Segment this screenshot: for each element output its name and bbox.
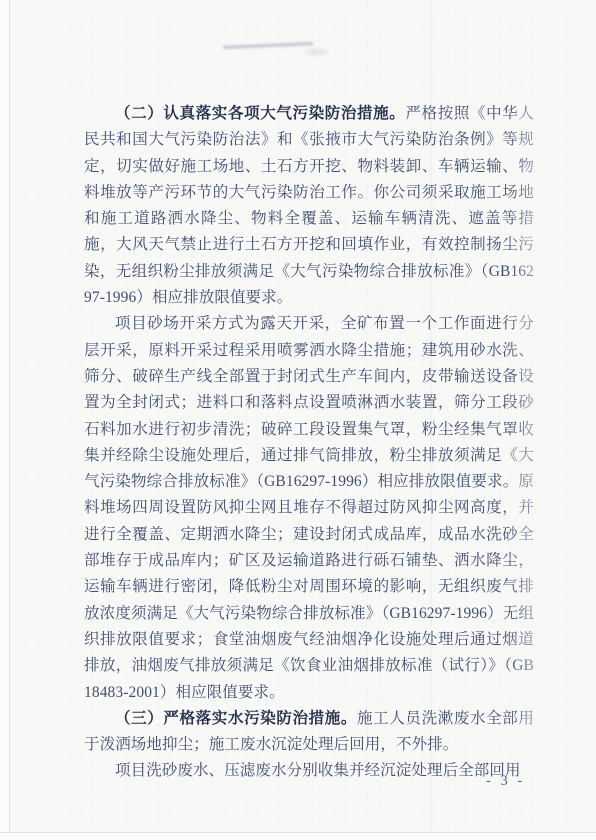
paragraph-text: 项目洗砂废水、压滤废水分别收集并经沉淀处理后全部回用	[115, 762, 521, 779]
paragraph-text: 严格按照《中华人民共和国大气污染防治法》和《张掖市大气污染防治条例》等规定，切实…	[84, 105, 534, 306]
ink-bleed-smudge	[223, 42, 313, 49]
ink-bleed-smudge	[305, 49, 327, 55]
section-heading-3: （三）严格落实水污染防治措施。	[115, 710, 357, 727]
scan-background-bottom	[0, 833, 596, 840]
paragraph-sand-mine-measures: 项目砂场开采方式为露天开采，全矿布置一个工作面进行分层开采，原料开采过程采用喷雾…	[84, 311, 534, 705]
paragraph-air-pollution-measures: （二）认真落实各项大气污染防治措施。严格按照《中华人民共和国大气污染防治法》和《…	[84, 101, 534, 311]
paragraph-water-pollution-measures: （三）严格落实水污染防治措施。施工人员洗漱废水全部用于泼洒场地抑尘；施工废水沉淀…	[84, 706, 534, 759]
paragraph-text: 项目砂场开采方式为露天开采，全矿布置一个工作面进行分层开采，原料开采过程采用喷雾…	[84, 315, 534, 700]
page-edge-left	[9, 0, 10, 832]
page-number: - 3 -	[486, 773, 525, 790]
document-body: （二）认真落实各项大气污染防治措施。严格按照《中华人民共和国大气污染防治法》和《…	[84, 101, 534, 785]
section-heading-2: （二）认真落实各项大气污染防治措施。	[115, 105, 405, 122]
paragraph-wash-water: 项目洗砂废水、压滤废水分别收集并经沉淀处理后全部回用	[84, 758, 534, 784]
